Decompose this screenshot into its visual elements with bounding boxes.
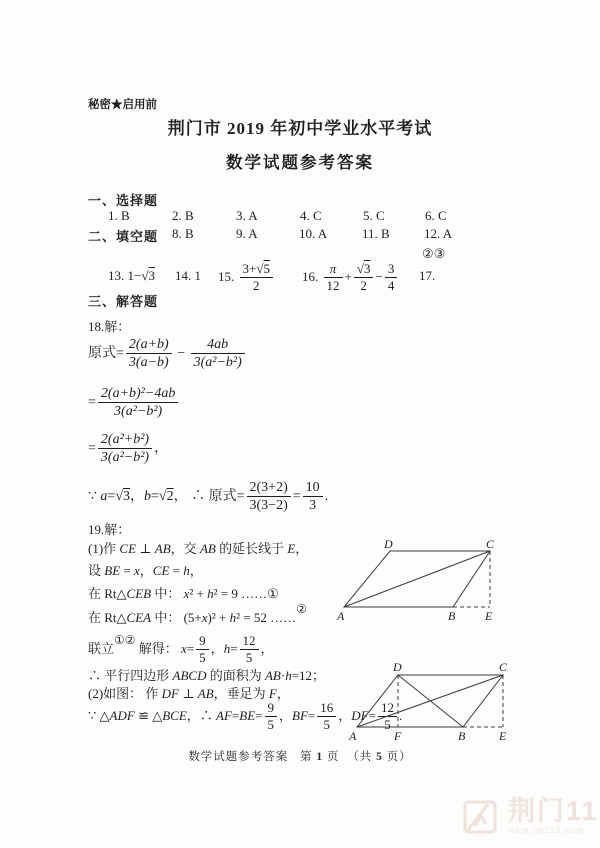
- text-segment: ，: [261, 641, 274, 656]
- text-segment: 4ab: [207, 337, 228, 352]
- fraction: 2(a+b)²−4ab3(a²−b²): [98, 386, 178, 420]
- text-segment: BF: [292, 708, 308, 723]
- text-segment: 3(3−2): [250, 498, 288, 513]
- exam-title: 荆门市 2019 年初中学业水平考试: [0, 114, 600, 139]
- choice-answer-9: 9. A: [236, 226, 258, 242]
- text-segment: +: [345, 269, 352, 284]
- text-segment: 3+√: [243, 261, 264, 276]
- text-segment: DF: [162, 686, 179, 701]
- text-segment: 2: [253, 278, 260, 293]
- text-segment: 2: [167, 489, 174, 504]
- text-segment: ≌ △: [135, 708, 162, 723]
- text-segment: ∵ △: [88, 708, 110, 723]
- section-solve-heading: 三、解答题: [88, 291, 158, 310]
- text-segment: 3: [309, 498, 316, 513]
- p19-head: 19.解：: [88, 519, 130, 538]
- fraction: √32: [354, 262, 374, 294]
- fraction: 4ab3(a²−b²): [191, 337, 245, 371]
- text-segment: 10: [306, 480, 320, 495]
- text-segment: ，: [295, 541, 308, 556]
- text-segment: ∵: [88, 489, 100, 504]
- p18-eq3: =2(a²+b²)3(a²−b²)，: [88, 432, 168, 466]
- footer-total-number: 5: [376, 751, 383, 763]
- text-segment: ABCD: [173, 668, 207, 683]
- text-segment: ，: [190, 563, 203, 578]
- p19-line6: ∴ 平行四边形 ABCD 的面积为 AB·h=12；: [88, 665, 325, 684]
- text-segment: 3: [388, 261, 395, 276]
- fraction: π12: [324, 262, 343, 294]
- fraction: 95: [196, 634, 209, 666]
- text-segment: ∴ 平行四边形: [88, 668, 173, 683]
- text-segment: ，∴: [187, 708, 216, 723]
- text-segment: 5: [199, 650, 206, 665]
- choice-answer-1: 1. B: [108, 208, 130, 224]
- text-segment: 2(a+b)²−4ab: [101, 386, 175, 401]
- text-segment: BE: [239, 708, 255, 723]
- text-segment: F: [269, 686, 277, 701]
- text-segment: 9: [199, 633, 206, 648]
- text-segment: 5: [246, 650, 253, 665]
- footer-page-number: 1: [316, 751, 323, 763]
- text-segment: 12: [327, 278, 340, 293]
- text-segment: )² +: [208, 610, 230, 625]
- text-segment: 设: [88, 563, 104, 578]
- blank-answer-17-value: ②③: [422, 246, 445, 262]
- text-segment: 3(a²−b²): [114, 404, 162, 419]
- fig2-label-D: D: [392, 660, 402, 674]
- text-segment: ² = 52 ……: [236, 610, 296, 625]
- p18-eq1: 原式=2(a+b)3(a−b) − 4ab3(a²−b²): [88, 337, 247, 371]
- text-segment: 3(a²−b²): [101, 450, 149, 465]
- text-segment: ，: [279, 708, 292, 723]
- text-segment: AB: [198, 686, 214, 701]
- blank-answer-13: 13. 1−√3: [108, 268, 155, 284]
- section-blank-heading: 二、填空题: [88, 226, 158, 245]
- text-segment: 13. 1−√: [108, 268, 148, 283]
- figure-parallelogram-1: A B C D E: [333, 538, 515, 622]
- text-segment: 在 Rt△: [88, 586, 127, 601]
- p18-eq2: =2(a+b)²−4ab3(a²−b²): [88, 386, 180, 420]
- footer-page-pre: 第: [300, 751, 313, 763]
- fig2-label-F: F: [393, 729, 402, 743]
- diagonal-DB: [398, 675, 463, 727]
- text-segment: =: [308, 708, 315, 723]
- text-segment: (2)如图： 作: [88, 686, 162, 701]
- p19-line4: 在 Rt△CEA 中： (5+x)² + h² = 52 ……②: [88, 607, 307, 626]
- fraction: 2(3+2)3(3−2): [247, 480, 291, 514]
- fraction: 103: [303, 480, 323, 514]
- text-segment: 5: [324, 717, 331, 732]
- footer-total-post: 页）: [387, 751, 412, 763]
- text-segment: ，: [140, 563, 153, 578]
- fraction: 125: [240, 634, 259, 666]
- watermark-logo-icon: [462, 796, 502, 836]
- fig2-label-B: B: [458, 729, 466, 743]
- blank-answer-14: 14. 1: [175, 268, 201, 284]
- text-segment: 3: [148, 268, 155, 283]
- text-segment: ，交: [171, 541, 200, 556]
- text-segment: CE: [119, 541, 136, 556]
- text-segment: ，: [130, 489, 144, 504]
- text-segment: =12；: [292, 668, 325, 683]
- text-segment: ⊥: [136, 541, 155, 556]
- text-segment: 16: [320, 700, 333, 715]
- choice-answer-5: 5. C: [363, 208, 385, 224]
- text-segment: 4: [388, 278, 395, 293]
- text-segment: 5: [268, 717, 275, 732]
- text-segment: AF: [216, 708, 232, 723]
- footer-page-post: 页: [327, 751, 340, 763]
- text-segment: =: [88, 441, 96, 456]
- text-segment: 5: [263, 261, 270, 276]
- p19-line2: 设 BE = x，CE = h，: [88, 560, 203, 579]
- text-segment: 12: [243, 633, 256, 648]
- text-segment: CE: [153, 563, 170, 578]
- raised-mark: ①②: [114, 633, 136, 648]
- text-segment: ² +: [189, 586, 207, 601]
- text-segment: 中：: [151, 586, 184, 601]
- choice-answer-10: 10. A: [299, 226, 327, 242]
- p19-line7: (2)如图： 作 DF ⊥ AB，垂足为 F，: [88, 683, 290, 702]
- text-segment: 16.: [302, 269, 322, 284]
- text-segment: −: [375, 269, 382, 284]
- choice-answer-11: 11. B: [362, 226, 390, 242]
- text-segment: 3(a−b): [129, 355, 169, 370]
- fig1-label-D: D: [383, 538, 393, 551]
- text-segment: 原式=: [88, 346, 124, 361]
- text-segment: 2(a+b): [129, 337, 169, 352]
- text-segment: −: [174, 346, 189, 361]
- fraction: 3+√52: [240, 262, 273, 294]
- diagonal-AC: [344, 551, 490, 607]
- text-segment: ⊥: [179, 686, 198, 701]
- text-segment: ，: [277, 686, 290, 701]
- text-segment: 15.: [218, 269, 238, 284]
- footer-doc-title: 数学试题参考答案: [188, 751, 288, 763]
- text-segment: 在 Rt△: [88, 610, 127, 625]
- choice-answer-4: 4. C: [300, 208, 322, 224]
- text-segment: 的面积为: [206, 668, 265, 683]
- choice-answer-12: 12. A: [424, 226, 452, 242]
- answer-key-subtitle: 数学试题参考答案: [0, 149, 600, 173]
- text-segment: CEA: [127, 610, 152, 625]
- text-segment: 9: [268, 700, 275, 715]
- footer-total-pre: （共: [347, 751, 372, 763]
- text-segment: 解得：: [136, 641, 182, 656]
- text-segment: 2(3+2): [250, 480, 288, 495]
- p18-head: 18.解：: [88, 316, 130, 335]
- fig1-label-C: C: [486, 538, 495, 551]
- choice-answer-2: 2. B: [172, 208, 194, 224]
- text-segment: 3(a²−b²): [194, 355, 242, 370]
- text-segment: .: [325, 489, 329, 504]
- text-segment: CEB: [127, 586, 152, 601]
- fraction: 34: [385, 262, 398, 294]
- text-segment: 2: [360, 278, 367, 293]
- choice-answer-8: 8. B: [172, 226, 194, 242]
- p19-line5: 联立①② 解得： x=95，h=125，: [88, 634, 274, 666]
- text-segment: 2(a²+b²): [101, 432, 149, 447]
- choice-answer-3: 3. A: [236, 208, 258, 224]
- text-segment: =: [230, 641, 237, 656]
- blank-answer-16: 16. π12+√32−34: [302, 262, 399, 294]
- page-footer: 数学试题参考答案 第 1 页 （共 5 页）: [0, 748, 600, 764]
- text-segment: =: [120, 563, 134, 578]
- text-segment: ，: [211, 641, 224, 656]
- fraction: 2(a²+b²)3(a²−b²): [98, 432, 152, 466]
- text-segment: (1)作: [88, 541, 119, 556]
- text-segment: BCE: [162, 708, 187, 723]
- text-segment: 3: [364, 261, 371, 276]
- text-segment: 联立: [88, 641, 114, 656]
- watermark-url-text: www.jm115.com: [508, 826, 600, 835]
- p19-line1: (1)作 CE ⊥ AB，交 AB 的延长线于 E，: [88, 538, 308, 557]
- text-segment: b: [144, 489, 151, 504]
- text-segment: ，垂足为: [214, 686, 269, 701]
- watermark-brand-text: 荆门115: [508, 798, 600, 825]
- section-choice-heading: 一、选择题: [88, 190, 158, 209]
- text-segment: ，: [154, 441, 168, 456]
- text-segment: ADF: [110, 708, 135, 723]
- text-segment: =√: [107, 489, 123, 504]
- text-segment: AB: [265, 668, 281, 683]
- text-segment: =: [255, 708, 262, 723]
- fig1-label-B: B: [448, 609, 456, 622]
- text-segment: =: [169, 563, 183, 578]
- figure-parallelogram-2: A F B E D C: [345, 658, 523, 746]
- text-segment: BE: [104, 563, 120, 578]
- text-segment: ， ∴ 原式=: [174, 489, 245, 504]
- fig1-label-E: E: [484, 609, 493, 622]
- text-segment: AB: [155, 541, 171, 556]
- text-segment: 3: [123, 489, 130, 504]
- text-segment: =: [88, 395, 96, 410]
- fraction: 95: [265, 701, 278, 733]
- raised-mark: ②: [296, 602, 307, 617]
- text-segment: =: [187, 641, 194, 656]
- fraction: 2(a+b)3(a−b): [126, 337, 172, 371]
- p19-line3: 在 Rt△CEB 中： x² + h² = 9 ……①: [88, 583, 279, 602]
- blank-answer-15: 15. 3+√52: [218, 262, 275, 294]
- text-segment: 14. 1: [175, 268, 201, 283]
- fig2-label-E: E: [498, 729, 507, 743]
- text-segment: AB: [200, 541, 216, 556]
- text-segment: ² = 9 ……①: [214, 586, 279, 601]
- fraction: 165: [317, 701, 336, 733]
- fig2-label-A: A: [348, 729, 357, 743]
- p18-eq4: ∵ a=√3，b=√2， ∴ 原式=2(3+2)3(3−2)=103.: [88, 480, 328, 514]
- choice-answer-6: 6. C: [425, 208, 447, 224]
- text-segment: √: [357, 261, 364, 276]
- fig2-label-C: C: [499, 660, 508, 674]
- text-segment: 的延长线于: [216, 541, 288, 556]
- text-segment: =√: [151, 489, 167, 504]
- text-segment: 中： (5+: [151, 610, 202, 625]
- classified-label: 秘密★启用前: [88, 96, 157, 112]
- answer-sheet-page: 秘密★启用前 荆门市 2019 年初中学业水平考试 数学试题参考答案 一、选择题…: [0, 0, 600, 848]
- site-watermark: 荆门115 www.jm115.com: [462, 796, 600, 836]
- fig1-label-A: A: [336, 609, 345, 622]
- blank-answer-17-label: 17.: [419, 268, 435, 284]
- text-segment: =: [293, 489, 301, 504]
- text-segment: π: [330, 261, 337, 276]
